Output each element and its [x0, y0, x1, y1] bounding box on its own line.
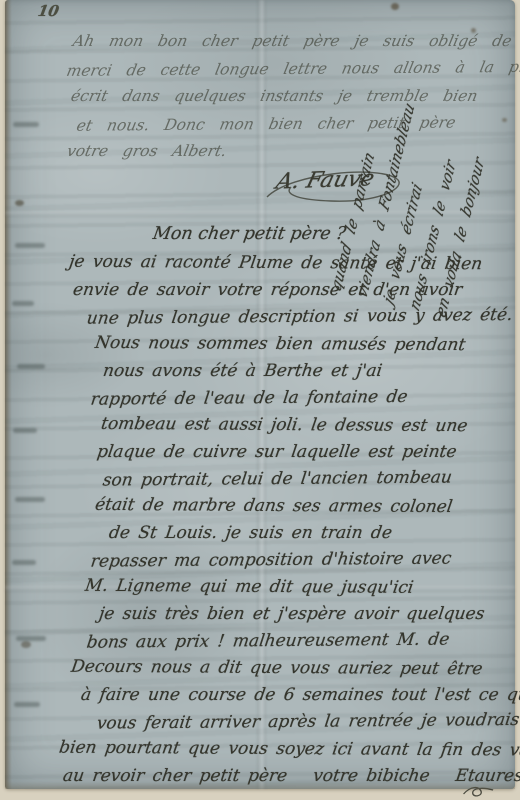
- ink-smudge: [13, 122, 39, 127]
- ink-smudge: [16, 636, 46, 641]
- ink-smudge: [12, 560, 36, 565]
- handwritten-line: plaque de cuivre sur laquelle est peinte: [55, 439, 505, 466]
- handwritten-line: à faire une course de 6 semaines tout l'…: [55, 682, 505, 709]
- letter-closing-line: au revoir cher petit père votre bibiche …: [55, 763, 505, 790]
- handwritten-line: je suis très bien et j'espère avoir quel…: [55, 601, 505, 628]
- ink-smudge: [14, 702, 40, 707]
- handwritten-line: nous avons été à Berthe et j'ai: [55, 358, 505, 385]
- ink-smudge: [15, 497, 45, 502]
- fox-spot: [21, 641, 31, 648]
- salutation: Mon cher petit père ?: [151, 224, 347, 244]
- handwritten-line: envie de savoir votre réponse et d'en av…: [55, 277, 505, 304]
- handwritten-line: bons aux prix ! malheureusement M. de: [55, 626, 505, 657]
- ink-smudge: [12, 301, 34, 306]
- signature-etaures: Etaures: [454, 763, 520, 790]
- handwritten-line: tombeau est aussi joli. le dessus est un…: [55, 411, 505, 441]
- handwritten-line: bien pourtant que vous soyez ici avant l…: [55, 735, 505, 765]
- handwritten-line: vous ferait arriver après la rentrée je …: [55, 707, 505, 738]
- handwritten-line: je vous ai raconté Plume de santé et j'a…: [55, 249, 505, 279]
- photo-backdrop: 10 Ah mon bon cher petit père je suis ob…: [0, 0, 520, 800]
- handwritten-line: M. Ligneme qui me dit que jusqu'ici: [55, 573, 505, 603]
- handwritten-line: de St Louis. je suis en train de: [55, 520, 505, 547]
- closing-text: au revoir cher petit père: [61, 763, 289, 790]
- handwritten-line: rapporté de l'eau de la fontaine de: [55, 383, 505, 414]
- handwritten-line: une plus longue description si vous y av…: [55, 302, 505, 333]
- ink-smudge: [15, 243, 45, 248]
- handwritten-line: repasser ma composition d'histoire avec: [55, 545, 505, 576]
- letter-body: je vous ai raconté Plume de santé et j'a…: [57, 250, 503, 790]
- ink-smudge: [17, 364, 45, 369]
- signature-text: Etaures: [454, 766, 520, 786]
- letter-paper: 10 Ah mon bon cher petit père je suis ob…: [5, 0, 515, 789]
- handwritten-line: Decours nous a dit que vous auriez peut …: [55, 654, 505, 684]
- handwritten-line: son portrait, celui de l'ancien tombeau: [55, 464, 505, 495]
- handwritten-line: Nous nous sommes bien amusés pendant: [55, 330, 505, 360]
- ink-smudge: [13, 428, 37, 433]
- handwritten-line: était de marbre dans ses armes colonel: [55, 492, 505, 522]
- page-number: 10: [36, 2, 60, 20]
- fox-spot: [15, 200, 24, 206]
- signature-flourish-icon: [460, 785, 502, 799]
- valediction-text: votre bibiche: [311, 763, 431, 790]
